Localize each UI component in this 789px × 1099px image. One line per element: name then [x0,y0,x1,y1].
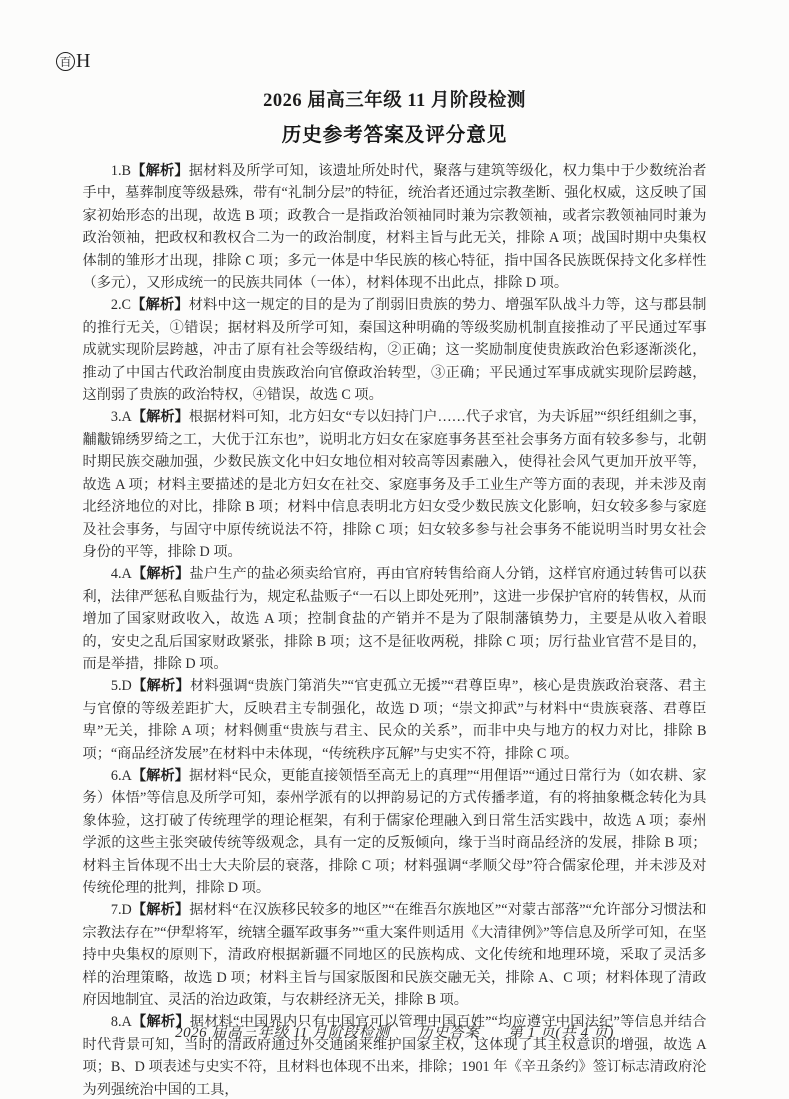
analysis-tag: 【解析】 [131,163,189,179]
answers-body: 1.B【解析】据材料及所学可知，该遗址所处时代，聚落与建筑等级化，权力集中于少数… [83,160,707,1099]
analysis-tag: 【解析】 [132,409,189,425]
footer-page-number: 第 1 页(共 4 页) [508,1025,614,1041]
analysis-tag: 【解析】 [132,566,190,582]
answer-number: 2.C [111,297,131,313]
answer-item-1: 1.B【解析】据材料及所学可知，该遗址所处时代，聚落与建筑等级化，权力集中于少数… [83,160,707,294]
footer-exam-name: 2026 届高三年级 11 月阶段检测 [175,1025,390,1041]
analysis-tag: 【解析】 [132,678,190,694]
answer-sheet-page: 百H 2026 届高三年级 11 月阶段检测 历史参考答案及评分意见 1.B【解… [0,0,789,1099]
answer-item-2: 2.C【解析】材料中这一规定的目的是为了削弱旧贵族的势力、增强军队战斗力等，这与… [83,294,707,406]
page-subtitle: 历史参考答案及评分意见 [0,119,789,147]
answer-item-3: 3.A【解析】根据材料可知，北方妇女“专以妇持门户……代子求官，为夫诉屈”“织纴… [83,406,707,563]
answer-text: 据材料及所学可知，该遗址所处时代，聚落与建筑等级化，权力集中于少数统治者手中，墓… [83,163,707,291]
analysis-tag: 【解析】 [132,768,189,784]
analysis-tag: 【解析】 [131,297,189,313]
answer-item-5: 5.D【解析】材料强调“贵族门第消失”“官吏孤立无援”“君尊臣卑”，核心是贵族政… [83,675,707,765]
footer-subject: 历史答案 [418,1025,480,1041]
answer-number: 3.A [111,409,132,425]
answer-item-4: 4.A【解析】盐户生产的盐必须卖给官府，再由官府转售给商人分销，这样官府通过转售… [83,563,707,675]
answer-item-6: 6.A【解析】据材料“民众，更能直接领悟至高无上的真理”“用俚语”“通过日常行为… [83,765,707,899]
answer-number: 1.B [111,163,131,179]
answer-number: 7.D [111,902,132,918]
page-footer: 2026 届高三年级 11 月阶段检测历史答案第 1 页(共 4 页) [0,1021,789,1042]
answer-number: 6.A [111,768,132,784]
page-title: 2026 届高三年级 11 月阶段检测 [0,0,789,112]
logo-letter: H [76,50,90,73]
answer-text: 根据材料可知，北方妇女“专以妇持门户……代子求官，为夫诉屈”“织纴组紃之事，黼黻… [83,409,707,559]
answer-item-7: 7.D【解析】据材料“在汉族移民较多的地区”“在维吾尔族地区”“对蒙古部落”“允… [83,899,707,1011]
answer-text: 据材料“民众，更能直接领悟至高无上的真理”“用俚语”“通过日常行为（如农耕、家务… [83,768,707,896]
analysis-tag: 【解析】 [132,902,189,918]
answer-number: 4.A [111,566,132,582]
publisher-logo: 百H [56,50,90,73]
logo-circle-icon: 百 [56,52,75,71]
answer-number: 5.D [111,678,132,694]
